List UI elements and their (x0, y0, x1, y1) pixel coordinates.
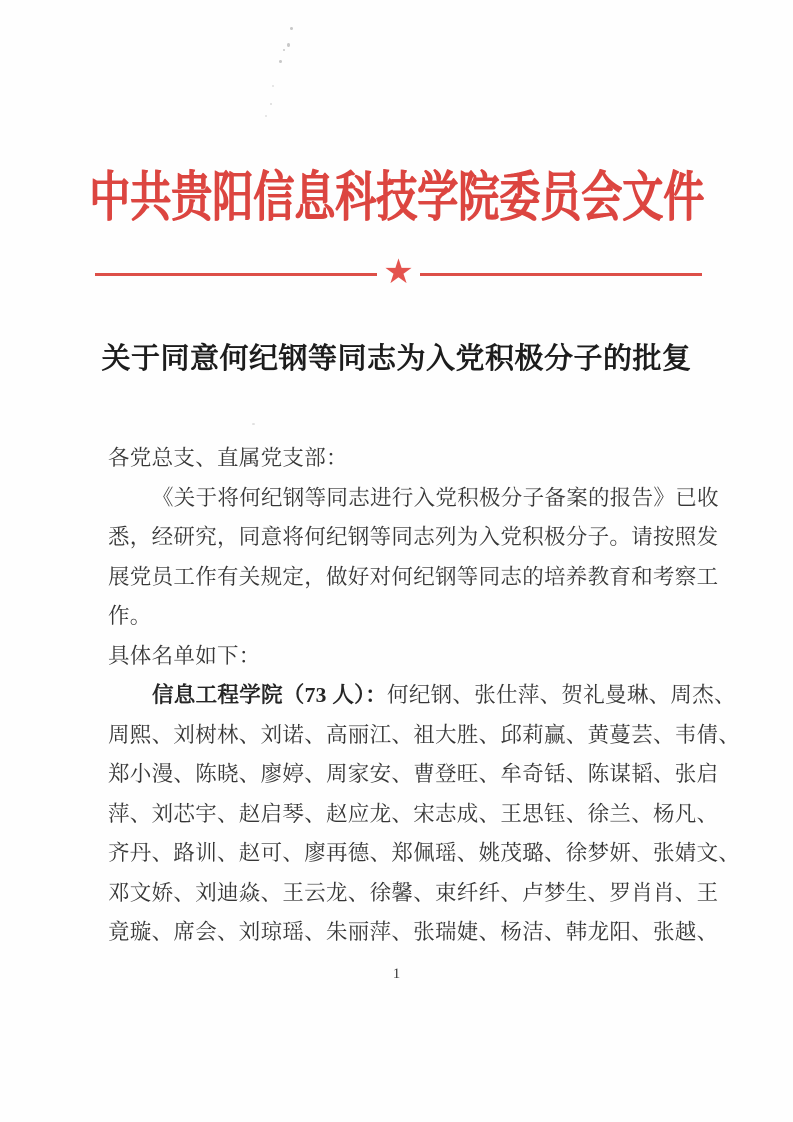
scan-speck (283, 49, 285, 51)
name-list-text: 何纪钢、张仕萍、贺礼曼琳、周杰、 (387, 683, 736, 707)
header-divider: ★ (95, 256, 702, 292)
scan-speck (279, 60, 282, 63)
organization-title: 中共贵阳信息科技学院委员会文件 (89, 154, 704, 232)
name-list-line: 信息工程学院（73 人）：何纪钢、张仕萍、贺礼曼琳、周杰、 (108, 678, 700, 718)
letterhead: 中共贵阳信息科技学院委员会文件 (0, 163, 793, 222)
paragraph-line: 展党员工作有关规定，做好对何纪钢等同志的培养教育和考察工 (108, 560, 700, 600)
paragraph-line: 《关于将何纪钢等同志进行入党积极分子备案的报告》已收 (108, 481, 700, 521)
scan-speck (270, 103, 272, 105)
name-list-line: 周熙、刘树林、刘诺、高丽江、祖大胜、邱莉赢、黄蔓芸、韦倩、 (108, 718, 700, 758)
divider-line-left (95, 273, 377, 276)
document-title: 关于同意何纪钢等同志为入党积极分子的批复 (0, 336, 793, 377)
scan-speck (287, 43, 290, 47)
name-list-line: 竟璇、席会、刘琼瑶、朱丽萍、张瑞婕、杨洁、韩龙阳、张越、 (108, 915, 700, 955)
list-intro: 具体名单如下： (108, 639, 700, 679)
scan-speck (272, 85, 274, 87)
document-body: 各党总支、直属党支部： 《关于将何纪钢等同志进行入党积极分子备案的报告》已收 悉… (108, 441, 700, 955)
name-list-line: 郑小漫、陈晓、廖婷、周家安、曹登旺、牟奇铦、陈谋韬、张启 (108, 757, 700, 797)
name-list-line: 萍、刘芯宇、赵启琴、赵应龙、宋志成、王思钰、徐兰、杨凡、 (108, 797, 700, 837)
name-list-line: 邓文娇、刘迪焱、王云龙、徐馨、束纤纤、卢梦生、罗肖肖、王 (108, 876, 700, 916)
scan-speck (265, 115, 267, 117)
department-heading: 信息工程学院（73 人）： (152, 683, 387, 707)
page-number: 1 (0, 966, 793, 983)
paragraph-line: 悉，经研究，同意将何纪钢等同志列为入党积极分子。请按照发 (108, 520, 700, 560)
paragraph-line: 作。 (108, 599, 700, 639)
scan-speck (290, 27, 293, 30)
scan-speck (252, 423, 255, 425)
salutation: 各党总支、直属党支部： (108, 441, 700, 481)
divider-line-right (420, 273, 702, 276)
name-list-line: 齐丹、路训、赵可、廖再德、郑佩瑶、姚茂璐、徐梦妍、张婧文、 (108, 836, 700, 876)
document-page: 中共贵阳信息科技学院委员会文件 ★ 关于同意何纪钢等同志为入党积极分子的批复 各… (0, 0, 793, 1122)
star-icon: ★ (377, 256, 419, 290)
